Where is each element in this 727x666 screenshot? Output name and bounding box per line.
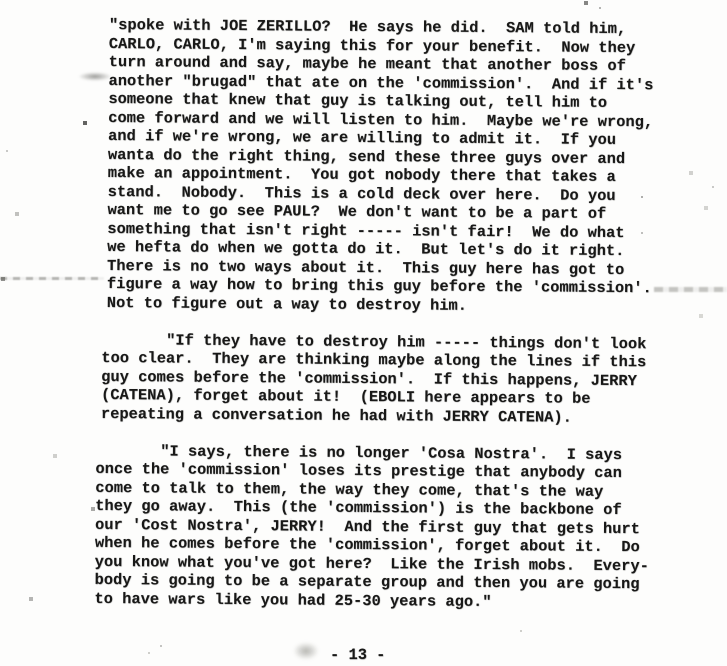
paragraph-2: "If they have to destroy him ----- thing… — [101, 330, 725, 427]
paragraph-3: "I says, there is no longer 'Cosa Nostra… — [94, 441, 723, 612]
scan-noise-dots — [0, 0, 2, 2]
paragraph-1: "spoke with JOE ZERILLO? He says he did.… — [107, 16, 727, 317]
document-page: "spoke with JOE ZERILLO? He says he did.… — [0, 0, 727, 666]
page-number: - 13 - — [330, 646, 385, 664]
document-text-block: "spoke with JOE ZERILLO? He says he did.… — [0, 15, 727, 613]
scan-smudge-page-number — [293, 642, 319, 660]
